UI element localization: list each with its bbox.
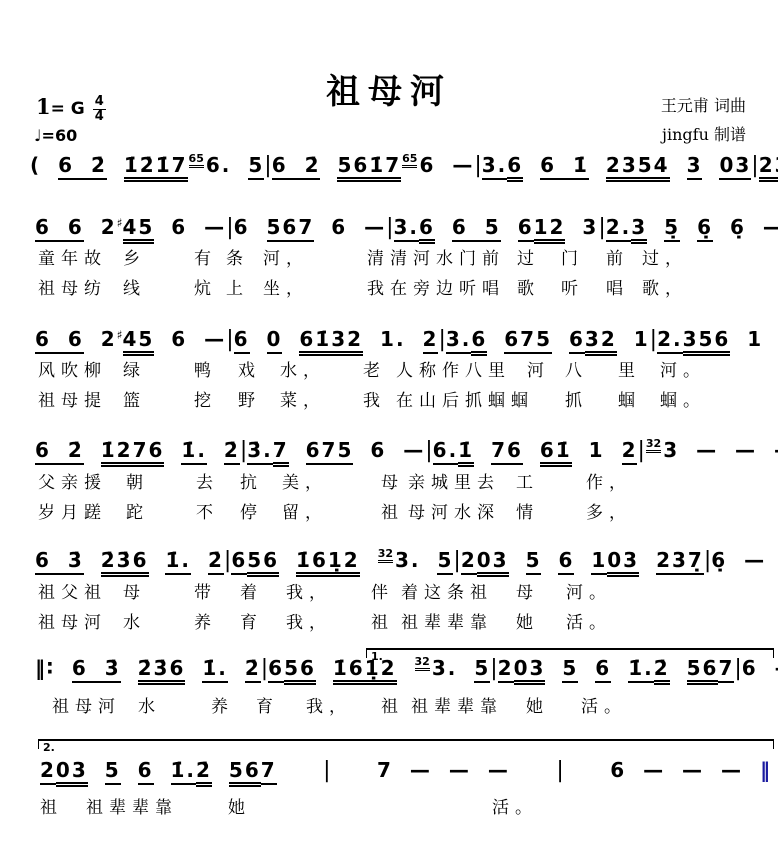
barline: | [453,548,460,573]
notes: ( [30,153,58,177]
lyric-segment: 祖父祖 [38,578,107,603]
notes: 6 — [419,153,474,177]
notes: 6 [234,215,267,239]
notes [164,438,181,462]
notes: 1 [572,438,622,462]
beam-single: 6 [558,548,574,575]
music-line: 6 2̇ 1̇276 1̇. 2̇|3̇.7 675 6 —|6.1̇ 76 6… [35,437,772,463]
barline: | [598,215,605,240]
notes [523,438,540,462]
lyric-segment: 祖辈辈靠 [401,608,493,633]
measure: 6 6 2♯45 6 — [35,327,226,351]
lyric-segment: 门 [561,244,584,269]
lyric-segment: 过 [517,244,540,269]
beam-single: 3 [687,153,703,180]
notes: 3. [395,548,437,572]
lyric-segment: 野 [238,386,261,411]
beam-single: 2̇ [208,548,224,575]
lyric-segment: 坐， [263,274,309,299]
lyric-segment: 活。 [566,608,612,633]
lyric-segment: 母 [516,578,539,603]
measure: 2321 5̣6̣17̣6̣ — ) [759,153,778,177]
notes [574,548,591,572]
lyric-segment: 情 [516,498,539,523]
beam-double: 2̇3̇6 [138,656,186,685]
notes [191,548,208,572]
lyric-segment: 养 [211,692,234,717]
beam-single: 6̣ [697,215,713,242]
lyric-segment: 河 [527,356,550,381]
beam-double: 12 [534,215,566,244]
notes [397,656,414,680]
notes [611,656,628,680]
measure: 7 — — — [377,758,510,782]
lyric-segment: 不 [196,498,219,523]
beam-double: 3 [631,215,647,244]
measure: 6 2̇ 1̇276 1̇. 2̇ [35,438,240,462]
notes: 6̣ — [713,215,778,239]
lyric-segment: 父亲援 [38,468,107,493]
grace-notes: 32 [378,547,393,563]
measure: ‖∶ 6 3̇ 2̇3̇6 1̇. 2̇ [35,656,261,680]
beam-single: 5 [474,656,490,683]
notes [107,153,124,177]
beam-single: 3. [482,153,508,180]
lyric-segment: 水 [123,608,146,633]
lyric-segment: 亲城里去 [408,468,500,493]
notes: 6 — [154,215,226,239]
music-line: 203 5 6 1̇.2̇ 567|7 — — —|6 — — — ‖ [40,758,772,783]
lyric-segment: 我 [363,386,386,411]
beam-single: 1 [591,548,607,575]
lyric-segment: 老 [363,356,386,381]
measure: 3.6 675 632 1 [446,327,650,351]
measure: 6 — — — ‖ [610,758,772,782]
notes [680,215,697,239]
beam-single: 3. [394,215,420,242]
lyric-segment: 有 [194,244,217,269]
notes [121,656,138,680]
barline: | [751,153,758,178]
notes [545,656,562,680]
notes [639,548,656,572]
beam-double: 03 [477,548,509,577]
volta-label: 2. [43,741,55,754]
lyric-segment: 母 [381,468,404,493]
lyric-segment: 戏 [238,356,261,381]
notes: 3 [565,215,598,239]
beam-single: 6 5 [452,215,501,242]
notes [509,548,526,572]
sharp-icon: ♯ [117,328,123,342]
lyric-segment: 炕 [194,274,217,299]
lyric-segment: 祖辈辈靠 [411,692,503,717]
measure: 3.6 6 5 612 3 [394,215,599,239]
barline: | [224,548,231,573]
lyric-segment: 育 [256,692,279,717]
measure: 6 6 2♯45 6 — [35,215,226,239]
barline: | [386,215,393,240]
barline: | [323,758,330,783]
lyric-segment: 童年故 [38,244,107,269]
measure: ( 6 2̇ 1̇2̇1̇7656. 5 [30,152,264,177]
volta-bracket-2: 2. [38,739,774,749]
beam-single: 0 [267,327,283,354]
barline: | [734,656,741,681]
beam-double: 56 [229,758,261,787]
lyric-segment: 过， [642,244,688,269]
lyric-segment: 祖母提 [38,386,107,411]
beam-single: 675 [306,438,354,465]
beam-single: 5 [526,548,542,575]
beam-single: 2 [423,327,439,354]
barline: | [261,656,268,681]
grace-notes: 32 [646,437,661,453]
music-line: 6 3̇ 2̇3̇6 1̇. 2̇|656 1̇61̣2 323. 5|203 … [35,547,772,573]
notes [316,656,333,680]
notes [84,548,101,572]
lyric-segment: 我在旁边听唱 [367,274,505,299]
notes [250,327,267,351]
beam-double: 6 [507,153,523,182]
beam-single: 2 [40,758,56,785]
beam-double: 2̇ [654,656,670,685]
notes: ‖∶ [35,656,72,680]
lyric-segment: 水， [280,356,326,381]
notes [435,215,452,239]
beam-double: 6 [419,215,435,244]
lyric-segment: 我， [286,578,332,603]
volta-bracket-1: 1. [366,648,774,658]
notes [207,438,224,462]
notes [149,548,166,572]
notes [360,548,377,572]
notes [670,656,687,680]
beam-single: 2. [606,215,632,242]
beam-double: 1̇276 [101,438,165,467]
beam-single: 2 [622,438,638,465]
lyric-segment: 着 [240,578,263,603]
beam-single: 6 1̇ [540,153,589,180]
beam-double: 61̇ [540,438,572,467]
notes [279,548,296,572]
measure: 203 5 6 1̇.2̇ 567 [498,656,735,680]
lyric-segment: 条 [226,244,249,269]
beam-single: 6 [595,656,611,683]
beam-double: 2̇ [196,758,212,787]
beam-double: 45 [123,215,155,244]
notes: 6 — — — [610,758,760,782]
beam-single: 5 [105,758,121,785]
score-area: ( 6 2̇ 1̇2̇1̇7656. 5|6 2̇ 561̇7656 —|3.6… [0,0,778,849]
lyric-segment: 抗 [240,468,263,493]
beam-single: 2̇ [245,656,261,683]
lyric-segment: 着这条祖 [401,578,493,603]
beam-single: 5 [562,656,578,683]
grace-notes: 65 [402,152,417,168]
lyric-segment: 她 [526,692,549,717]
lyric-segment: 带 [194,578,217,603]
beam-single: 2̇ [224,438,240,465]
notes: 6̣ — — — ∶‖ [711,548,778,572]
barline: | [226,327,233,352]
music-line: ‖∶ 6 3̇ 2̇3̇6 1̇. 2̇|656 1̇61̣2 323. 5|2… [35,655,772,681]
barline: | [240,438,247,463]
lyric-segment: 蝈 [618,386,641,411]
beam-single: 6 3̇ [72,656,121,683]
beam-double: 561̇7 [337,153,401,182]
notes: 2 [84,215,117,239]
beam-single: 6 [231,548,247,575]
measure: 6̣ — — — ∶‖ [711,548,778,572]
lyric-segment: 听 [561,274,584,299]
notes: 6 — [353,438,425,462]
notes: 1 [617,327,650,351]
barline: | [556,758,563,783]
beam-single: 5 [248,153,264,180]
beam-double: 2354 [606,153,670,182]
beam-single: 7 [261,758,277,785]
final-barline: ‖ [760,758,772,782]
beam-double: 56 [247,548,279,577]
beam-single: 6 2̇ [272,153,321,180]
notes [282,327,299,351]
notes [185,656,202,680]
lyric-segment: 祖 [40,793,63,818]
lyric-segment: 菜， [280,386,326,411]
beam-single: 5̣ [664,215,680,242]
lyric-segment: 跎 [126,498,149,523]
lyric-segment: 风吹柳 [38,356,107,381]
lyric-segment: 河。 [566,578,612,603]
lyric-segment: 停 [240,498,263,523]
beam-double: 56 [687,656,719,685]
beam-double: 32 [585,327,617,356]
notes: 3 — — — [663,438,778,462]
measure: 6.1̇ 76 61̇ 1 2 [433,438,638,462]
lyric-segment: 清清河水门前 [367,244,505,269]
lyric-segment: 上 [226,274,249,299]
beam-single: 1̇. [171,758,197,785]
measure: 6 3̇ 2̇3̇6 1̇. 2̇ [35,548,224,572]
lyric-segment: 歌 [517,274,540,299]
barline: | [490,656,497,681]
beam-double: 356 [683,327,731,356]
lyric-segment: 祖母纺 [38,274,107,299]
notes [541,548,558,572]
lyric-segment: 八 [565,356,588,381]
lyric-segment: 线 [123,274,146,299]
lyric-segment: 我， [286,608,332,633]
beam-single: 6 2̇ [58,153,107,180]
lyric-segment: 留， [282,498,328,523]
notes: 6 — — — ∶‖ [742,656,778,680]
measure: 6 2̇ 561̇7656 — [272,152,475,177]
beam-single: 1̇. [165,548,191,575]
measure: 203 5 6 103 237̣ [461,548,704,572]
notes [320,153,337,177]
beam-single: 6 [234,327,250,354]
beam-single: 5 [437,548,453,575]
notes: 2 [84,327,117,351]
lyric-segment: 蝈。 [660,386,706,411]
notes [228,656,245,680]
lyric-segment: 她 [228,793,251,818]
beam-single: 6 [569,327,585,354]
measure: 203 5 6 1̇.2̇ 567 [40,758,277,782]
beam-double: 45 [123,327,155,356]
lyric-segment: 养 [194,608,217,633]
lyric-segment: 祖辈辈靠 [86,793,178,818]
barline: | [637,438,644,463]
lyric-segment: 祖母河 [38,608,107,633]
beam-double: 1̇2̇1̇7 [124,153,188,182]
notes: 1 [730,327,778,351]
barline: | [425,438,432,463]
beam-single: 6 6 [35,327,84,354]
beam-single: 6. [433,438,459,465]
volta-label: 1. [371,650,383,663]
lyric-segment: 人称作八里 [396,356,511,381]
barline: | [704,548,711,573]
beam-single: 675 [504,327,552,354]
lyric-segment: 挖 [194,386,217,411]
beam-double: 61̇32 [299,327,363,356]
notes [589,153,606,177]
measure: 656 1̇61̣2 323. 5 [231,547,453,572]
notes [289,438,306,462]
lyric-segment: 活。 [492,793,538,818]
lyric-segment: 活。 [581,692,627,717]
beam-single: 1̇. [628,656,654,683]
notes [552,327,569,351]
lyric-segment: 乡 [123,244,146,269]
notes [523,153,540,177]
measure: 3̇.7 675 6 — [247,438,425,462]
barline: | [650,327,657,352]
notes [88,758,105,782]
measure: 6 567 6 — [234,215,386,239]
music-line: 6 6 2♯45 6 —|6 567 6 —|3.6 6 5 612 3|2.3… [35,215,772,240]
beam-single: 2. [657,327,683,354]
beam-single: 6 [268,656,284,683]
beam-double: 1̇ [458,438,474,467]
notes [121,758,138,782]
beam-single: 6 [138,758,154,785]
beam-single: 6 2̇ [35,438,84,465]
lyric-segment: 祖 [381,692,404,717]
lyric-segment: 朝 [126,468,149,493]
barline: | [438,327,445,352]
notes: 7 — — — [377,758,510,782]
beam-single: 3̇. [247,438,273,465]
lyric-segment: 伴 [371,578,394,603]
notes [501,215,518,239]
lyric-segment: 河， [263,244,309,269]
beam-double: 1̇61̣2 [333,656,397,685]
beam-double: 2321 [759,153,778,182]
measure: 6 — — — ∶‖ [742,656,778,680]
lyric-segment: 祖 [371,608,394,633]
notes [487,327,504,351]
beam-single: 03 [719,153,751,180]
music-line: 6 6 2♯45 6 —|6 0 61̇32 1. 2|3.6 675 632 … [35,327,772,352]
notes: 6 — [154,327,226,351]
beam-single: 76 [491,438,523,465]
measure: 323 — — — [645,437,778,462]
measure: 2.356 1 7̣6̣ 6̣ — [657,327,778,351]
lyric-segment: 鸭 [194,356,217,381]
music-line: ( 6 2̇ 1̇2̇1̇7656. 5|6 2̇ 561̇7656 —|3.6… [30,152,772,178]
lyric-segment: 多， [586,498,632,523]
lyric-segment: 工 [516,468,539,493]
lyric-segment: 母 [123,578,146,603]
lyric-segment: 育 [240,608,263,633]
beam-double: 03 [56,758,88,787]
lyric-segment: 里 [618,356,641,381]
lyric-segment: 歌， [642,274,688,299]
beam-single: 7 [718,656,734,683]
notes [212,758,229,782]
beam-single: 6 3̇ [35,548,84,575]
lyric-segment: 岁月蹉 [38,498,107,523]
lyric-segment: 河。 [660,356,706,381]
barline: | [474,153,481,178]
beam-double: 56 [284,656,316,685]
notes: 6 — [314,215,386,239]
lyric-segment: 我， [306,692,352,717]
beam-double: 2̇3̇6 [101,548,149,577]
beam-single: 237̣ [656,548,704,575]
beam-single: 1̇. [202,656,228,683]
beam-double: 1̇61̣2 [296,548,360,577]
lyric-segment: 祖母河 [52,692,121,717]
beam-double: 6 [471,327,487,356]
notes [702,153,719,177]
lyric-segment: 作， [586,468,632,493]
notes: 6. [206,153,248,177]
lyric-segment: 抓 [565,386,588,411]
beam-single: 6 [518,215,534,242]
barline: | [264,153,271,178]
notes: 3. [432,656,474,680]
notes [578,656,595,680]
beam-single: 3. [446,327,472,354]
notes: 1. [363,327,422,351]
lyric-segment: 她 [516,608,539,633]
measure: 2.3 5̣ 6̣ 6̣ — [606,215,778,239]
beam-double: 03 [607,548,639,577]
lyric-segment: 去 [196,468,219,493]
lyric-segment: 篮 [123,386,146,411]
notes [474,438,491,462]
lyric-segment: 前 [606,244,629,269]
lyric-segment: 母河水深 [408,498,500,523]
notes [154,758,171,782]
beam-single: 1̇. [181,438,207,465]
lyric-segment: 绿 [123,356,146,381]
lyric-segment: 唱 [606,274,629,299]
lyric-segment: 水 [138,692,161,717]
beam-single: 2 [461,548,477,575]
notes [647,215,664,239]
barline: | [226,215,233,240]
grace-notes: 65 [189,152,204,168]
beam-single: 567 [267,215,315,242]
sharp-icon: ♯ [117,216,123,230]
measure: 6 0 61̇32 1. 2 [234,327,439,351]
measure: 3.6 6 1̇ 2354 3 03 [482,153,752,177]
